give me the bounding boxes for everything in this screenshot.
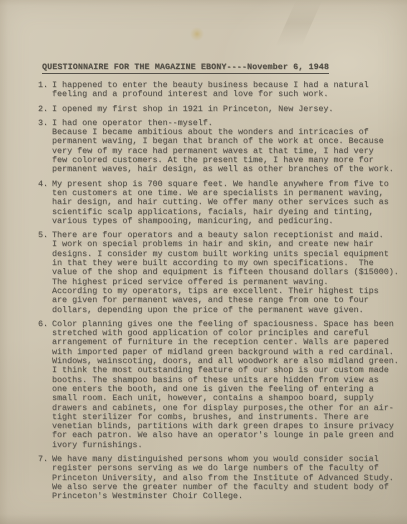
item-text: Color planning gives one the feeling of … bbox=[52, 320, 406, 450]
item-number: 5. bbox=[38, 231, 52, 315]
item-number: 6. bbox=[38, 320, 52, 450]
questionnaire-item-2: 2. I opened my first shop in 1921 in Pri… bbox=[38, 105, 407, 114]
questionnaire-item-6: 6. Color planning gives one the feeling … bbox=[38, 320, 407, 450]
questionnaire-item-7: 7. We have many distinguished persons wh… bbox=[38, 455, 407, 501]
questionnaire-item-1: 1. I happened to enter the beauty busine… bbox=[38, 81, 407, 100]
questionnaire-item-4: 4. My present shop is 700 square feet. W… bbox=[38, 180, 407, 226]
item-number: 1. bbox=[38, 81, 52, 100]
item-number: 4. bbox=[38, 180, 52, 226]
item-text: We have many distinguished persons whom … bbox=[52, 455, 406, 501]
item-number: 7. bbox=[38, 455, 52, 501]
questionnaire-item-3: 3. I had one operator then--myself. Beca… bbox=[38, 119, 407, 175]
item-number: 2. bbox=[38, 105, 52, 114]
item-text: My present shop is 700 square feet. We h… bbox=[52, 180, 406, 226]
item-text: I opened my first shop in 1921 in Prince… bbox=[52, 105, 406, 114]
document-page: QUESTIONNAIRE FOR THE MAGAZINE EBONY----… bbox=[0, 0, 407, 524]
item-number: 3. bbox=[38, 119, 52, 175]
paper-crease bbox=[276, 0, 322, 46]
document-title: QUESTIONNAIRE FOR THE MAGAZINE EBONY----… bbox=[42, 62, 329, 74]
item-text: I had one operator then--myself. Because… bbox=[52, 119, 406, 175]
questionnaire-item-5: 5. There are four operators and a beauty… bbox=[38, 231, 407, 315]
item-text: There are four operators and a beauty sa… bbox=[52, 231, 406, 315]
item-text: I happened to enter the beauty business … bbox=[52, 81, 406, 100]
